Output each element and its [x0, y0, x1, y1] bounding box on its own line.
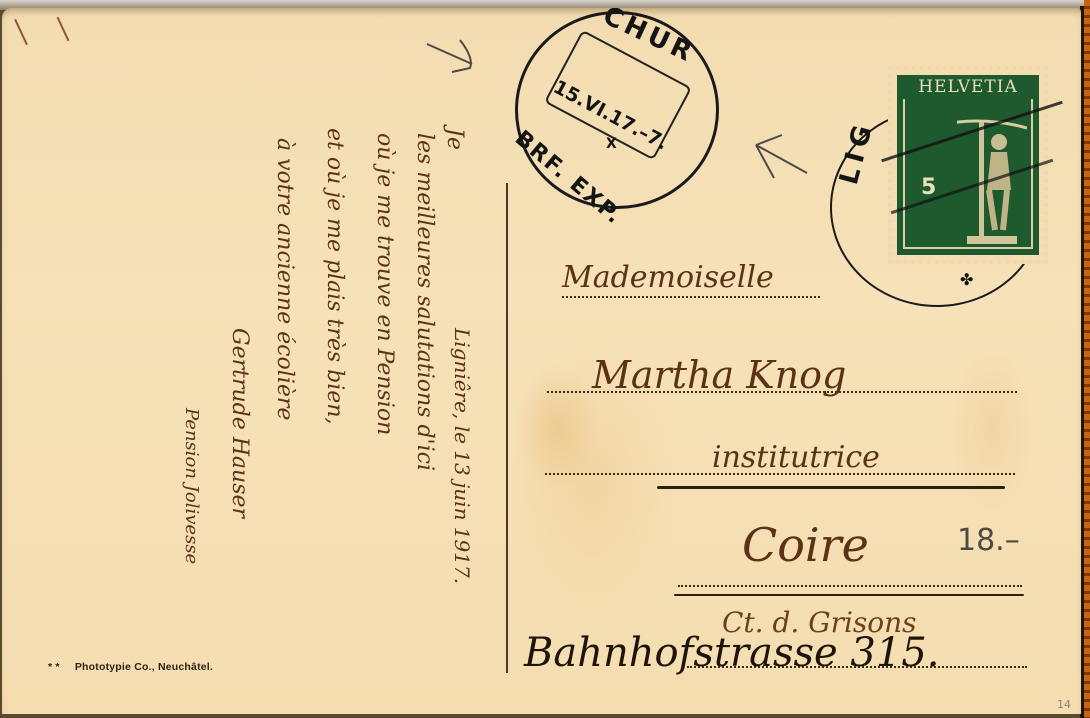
corner-mark	[14, 19, 28, 45]
postcard: Ligniêre, le 13 juin 1917. Je les meille…	[2, 8, 1081, 714]
postmark-ornament: ✤	[960, 270, 973, 289]
address-underline	[657, 486, 1005, 489]
address-line-dots	[547, 391, 1017, 393]
address-street: Bahnhofstrasse 315.	[524, 630, 940, 676]
message-line: à votre ancienne écolière	[272, 138, 297, 420]
imprint-text: Phototypie Co., Neuchâtel.	[75, 661, 213, 673]
postmark-mark: X	[606, 136, 617, 152]
address-line-dots	[562, 296, 820, 298]
postmark-town-partial: LIG	[834, 117, 880, 188]
address-salutation: Mademoiselle	[562, 260, 774, 295]
address-city: Coire	[742, 518, 869, 572]
postage-stamp: HELVETIA 5	[888, 66, 1048, 264]
address-line-dots	[545, 473, 1015, 475]
message-dateline: Ligniêre, le 13 juin 1917.	[450, 328, 474, 584]
address-underline	[674, 594, 1024, 596]
corner-note: 14	[1057, 698, 1071, 711]
message-line: et où je me plais très bien,	[322, 128, 347, 424]
corner-mark	[57, 17, 70, 41]
postmark-chur: CHUR 15.VI.17.–7. X BRF. EXP.	[515, 11, 719, 209]
printer-imprint: * * Phototypie Co., Neuchâtel.	[48, 661, 213, 673]
message-signature-place: Pension Jolivesse	[181, 408, 202, 564]
address-line-dots	[678, 585, 1022, 587]
address-city-annotation: 18.–	[957, 523, 1020, 558]
imprint-stars: * *	[48, 661, 60, 673]
message-line: les meilleures salutations d'ici	[412, 133, 437, 471]
pencil-arrow-icon	[422, 36, 482, 86]
address-divider	[506, 183, 508, 673]
address-title: institutrice	[712, 440, 880, 475]
message-line: Je	[442, 128, 467, 150]
message-signature: Gertrude Hauser	[227, 328, 252, 518]
stamp-face: HELVETIA 5	[897, 75, 1039, 255]
scan-border-strip	[1084, 0, 1090, 718]
message-line: où je me trouve en Pension	[372, 133, 397, 435]
pencil-arrow-icon	[752, 133, 812, 183]
stamp-country: HELVETIA	[897, 77, 1039, 97]
